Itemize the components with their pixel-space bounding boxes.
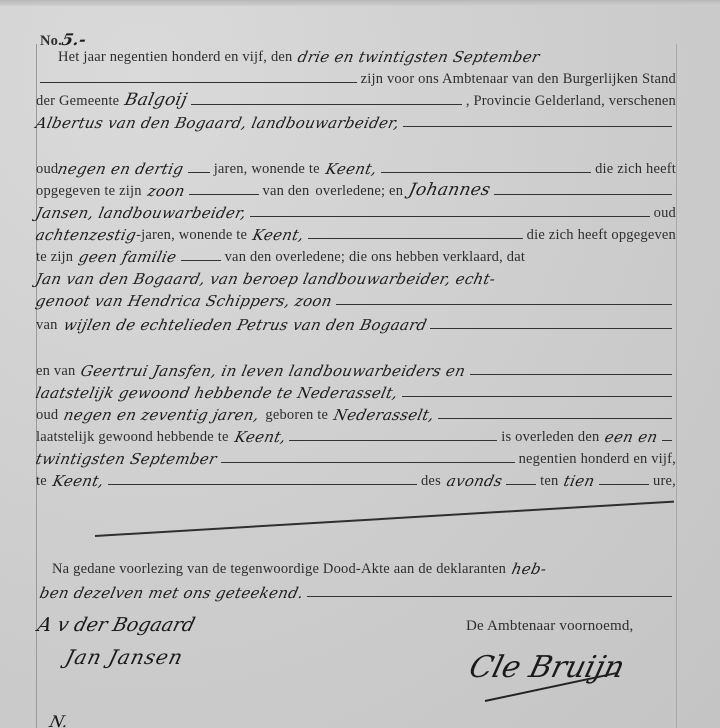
line-15: laatstelijk gewoond hebbende te Keent, i… <box>36 424 676 446</box>
signature-declarant-2: Jan Jansen <box>63 645 186 669</box>
closing-line-1: Na gedane voorlezing van de tegenwoordig… <box>52 556 676 578</box>
line-13: laatstelijk gewoond hebbende te Nederass… <box>36 380 676 402</box>
line-17: te Keent, des avonds ten tien ure, <box>36 468 676 490</box>
line-3: Albertus van den Bogaard, landbouwarbeid… <box>36 110 676 132</box>
page-top-edge <box>0 0 720 6</box>
line-0: Het jaar negentien honderd en vijf, den … <box>58 44 676 66</box>
line-12: en van Geertrui Jansfen, in leven landbo… <box>36 358 676 380</box>
closing-strike-line <box>95 501 674 537</box>
signature-official: Cle Bruijn <box>466 650 628 685</box>
document-page: No.5.- Het jaar negentien honderd en vij… <box>0 0 720 728</box>
blank-fill <box>40 82 357 83</box>
line-9: Jan van den Bogaard, van beroep landbouw… <box>36 266 676 288</box>
closing-line-2: ben dezelven met ons geteekend. <box>40 580 676 602</box>
signature-declarant-1: A v der Bogaard <box>35 614 197 636</box>
line-16: twintigsten September negentien honderd … <box>36 446 676 468</box>
line-10: genoot van Hendrica Schippers, zoon <box>36 288 676 310</box>
line-5: opgegeven te zijn zoon van den overleden… <box>36 178 676 200</box>
line-6: Jansen, landbouwarbeider, oud <box>36 200 676 222</box>
line-1: zijn voor ons Ambtenaar van den Burgerli… <box>36 66 676 88</box>
line-7: achtenzestig -jaren, wonende te Keent, d… <box>36 222 676 244</box>
line-8: te zijn geen familie van den overledene;… <box>36 244 676 266</box>
line-4: oud negen en dertig jaren, wonende te Ke… <box>36 156 676 178</box>
right-margin-rule <box>676 44 677 728</box>
line-14: oud negen en zeventig jaren, geboren te … <box>36 402 676 424</box>
line-11: van wijlen de echtelieden Petrus van den… <box>36 312 676 334</box>
official-label: De Ambtenaar voornoemd, <box>466 618 633 635</box>
next-record-fragment: N. <box>48 712 71 728</box>
line-2: der Gemeente Balgoij , Provincie Gelderl… <box>36 88 676 110</box>
